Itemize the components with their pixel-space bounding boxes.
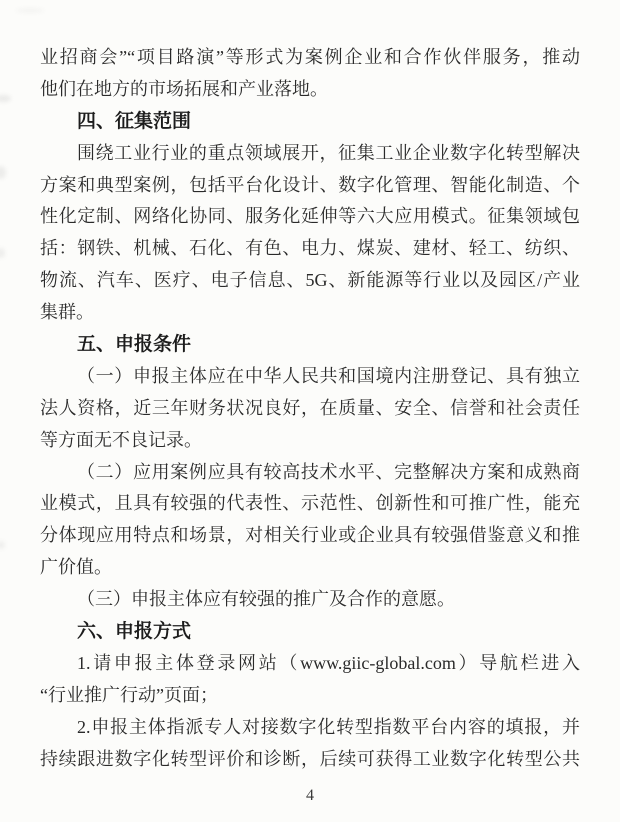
paragraph-first-line: 2.申报主体指派专人对接数字化转型指数平台内容的填报，并 xyxy=(40,712,580,744)
paragraph-end-line: 他们在地方的市场拓展和产业落地。 xyxy=(40,74,580,106)
paragraph-first-line: （二）应用案例应具有较高技术水平、完整解决方案和成熟商 xyxy=(40,457,580,489)
body-line: 业模式，且具有较强的代表性、示范性、创新性和可推广性，能充 xyxy=(40,488,580,520)
document-content: 业招商会”“项目路演”等形式为案例企业和合作伙伴服务，推动 他们在地方的市场拓展… xyxy=(0,0,620,775)
scanned-document-page: 业招商会”“项目路演”等形式为案例企业和合作伙伴服务，推动 他们在地方的市场拓展… xyxy=(0,0,620,822)
body-line: 方案和典型案例，包括平台化设计、数字化管理、智能化制造、个 xyxy=(40,170,580,202)
body-line: 分体现应用特点和场景，对相关行业或企业具有较强借鉴意义和推 xyxy=(40,520,580,552)
body-line: 括：钢铁、机械、石化、有色、电力、煤炭、建材、轻工、纺织、 xyxy=(40,233,580,265)
paragraph-end-line: 广价值。 xyxy=(40,552,580,584)
page-number: 4 xyxy=(0,787,620,805)
paragraph-first-line: 围绕工业行业的重点领域展开，征集工业企业数字化转型解决 xyxy=(40,138,580,170)
body-line: 业招商会”“项目路演”等形式为案例企业和合作伙伴服务，推动 xyxy=(40,42,580,74)
paragraph-single-line: （三）申报主体应有较强的推广及合作的意愿。 xyxy=(40,584,580,616)
body-line: 法人资格，近三年财务状况良好，在质量、安全、信誉和社会责任 xyxy=(40,393,580,425)
section-heading-conditions: 五、申报条件 xyxy=(40,329,580,361)
body-line: 持续跟进数字化转型评价和诊断，后续可获得工业数字化转型公共 xyxy=(40,744,580,776)
section-heading-how-to-apply: 六、申报方式 xyxy=(40,616,580,648)
paragraph-end-line: 等方面无不良记录。 xyxy=(40,425,580,457)
paragraph-first-line: （一）申报主体应在中华人民共和国境内注册登记、具有独立 xyxy=(40,361,580,393)
paragraph-end-line: “行业推广行动”页面； xyxy=(40,680,580,712)
scan-smudge xyxy=(16,8,44,13)
body-line: 物流、汽车、医疗、电子信息、5G、新能源等行业以及园区/产业 xyxy=(40,265,580,297)
paragraph-first-line: 1.请申报主体登录网站（www.giic-global.com）导航栏进入 xyxy=(40,648,580,680)
section-heading-scope: 四、征集范围 xyxy=(40,106,580,138)
paragraph-end-line: 集群。 xyxy=(40,297,580,329)
body-line: 性化定制、网络化协同、服务化延伸等六大应用模式。征集领域包 xyxy=(40,201,580,233)
